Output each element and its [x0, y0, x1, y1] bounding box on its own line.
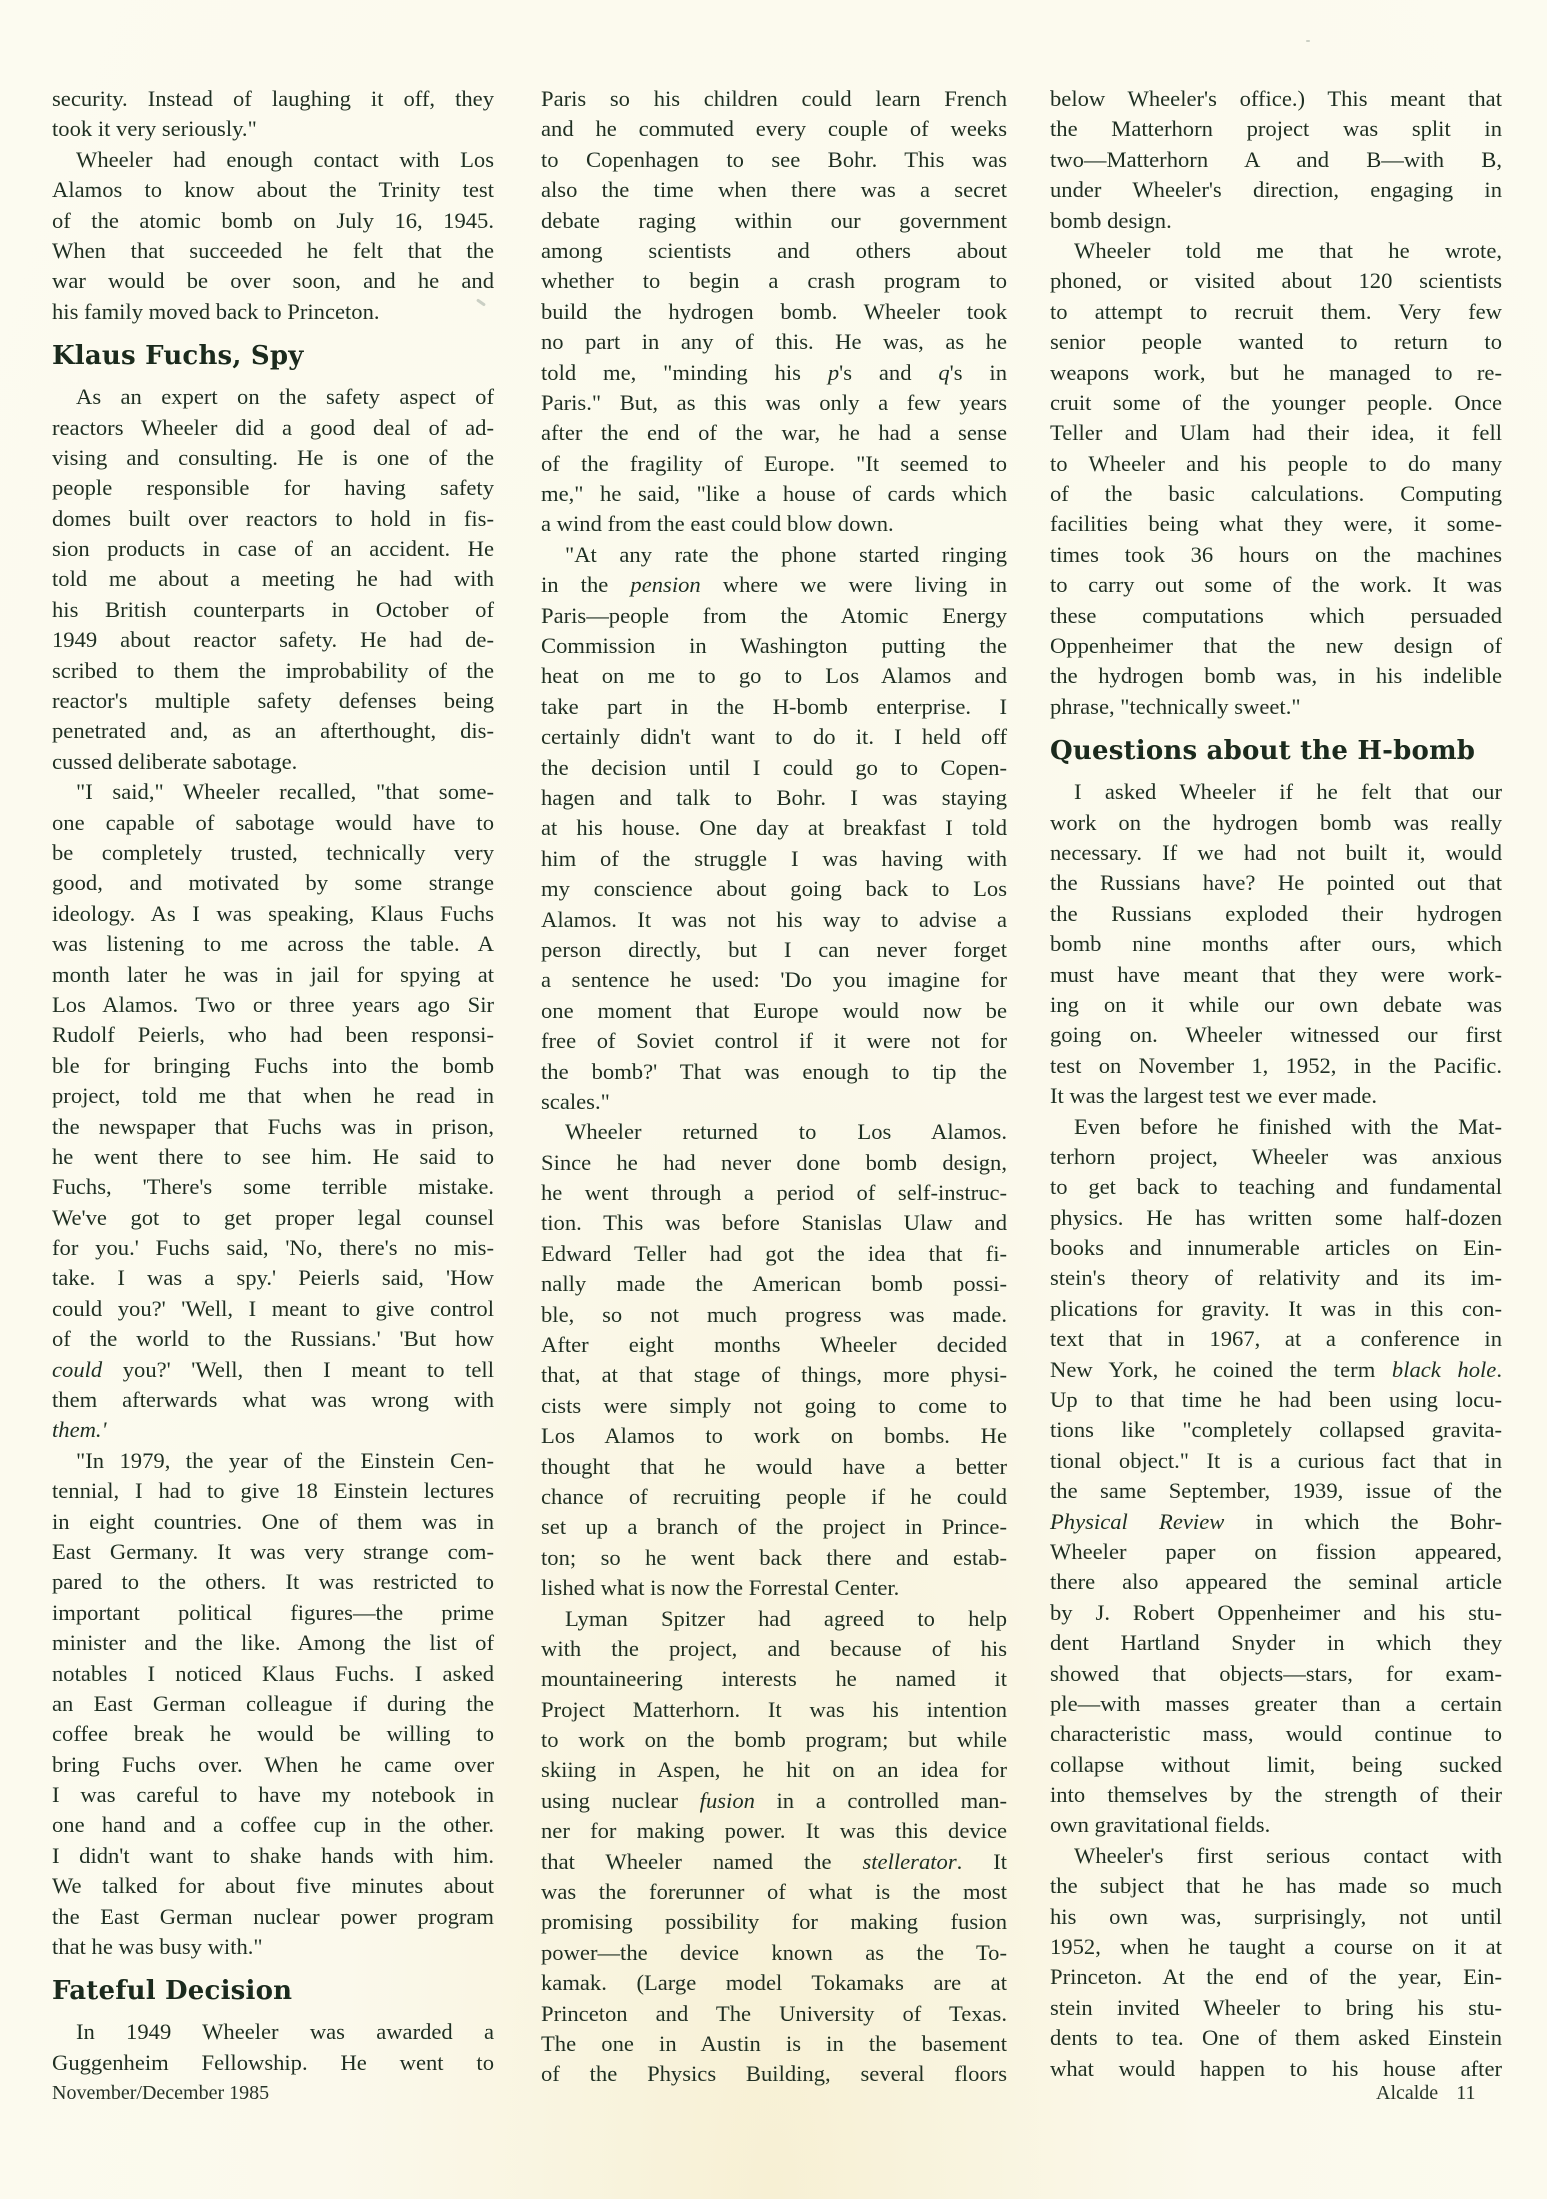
text-run: these computations which persuaded [1050, 603, 1502, 628]
magazine-page: security. Instead of laughing it off, th… [0, 0, 1547, 2199]
text-line: plications for gravity. It was in this c… [1050, 1294, 1502, 1324]
text-run: after the end of the war, he had a sense [541, 420, 1007, 445]
text-line: We talked for about five minutes about [52, 1871, 494, 1901]
text-line: also the time when there was a secret [541, 175, 1007, 205]
text-run: tennial, I had to give 18 Einstein lectu… [52, 1478, 494, 1503]
text-line: sion products in case of an accident. He [52, 534, 494, 564]
text-run: bomb design. [1050, 208, 1172, 233]
text-run: good, and motivated by some strange [52, 870, 494, 895]
text-run: "In 1979, the year of the Einstein Cen- [76, 1448, 494, 1473]
text-run: him of the struggle I was having with [541, 846, 1007, 871]
italic-text: them.' [52, 1417, 106, 1442]
text-run: tional object." It is a curious fact tha… [1050, 1448, 1502, 1473]
text-run: person directly, but I can never forget [541, 937, 1007, 962]
text-line: hagen and talk to Bohr. I was staying [541, 783, 1007, 813]
text-line: phrase, "technically sweet." [1050, 692, 1502, 722]
text-line: times took 36 hours on the machines [1050, 540, 1502, 570]
text-run: of the world to the Russians.' 'But how [52, 1326, 494, 1351]
text-run: tion. This was before Stanislas Ulaw and [541, 1210, 1007, 1235]
text-column-3: below Wheeler's office.) This meant that… [1050, 84, 1502, 2084]
text-run: that Wheeler named the [541, 1849, 862, 1874]
text-run: Teller and Ulam had their idea, it fell [1050, 420, 1502, 445]
text-line: project, told me that when he read in [52, 1081, 494, 1111]
text-run: ble, so not much progress was made. [541, 1302, 1007, 1327]
text-line: one hand and a coffee cup in the other. [52, 1810, 494, 1840]
text-line: people responsible for having safety [52, 473, 494, 503]
text-run: month later he was in jail for spying at [52, 962, 494, 987]
text-run: Princeton and The University of Texas. [541, 2001, 1007, 2026]
text-line: scribed to them the improbability of the [52, 656, 494, 686]
text-line: Wheeler's first serious contact with [1050, 1841, 1502, 1871]
text-run: As an expert on the safety aspect of [76, 384, 494, 409]
text-run: to get back to teaching and fundamental [1050, 1174, 1502, 1199]
text-run: ble for bringing Fuchs into the bomb [52, 1053, 494, 1078]
text-run: to carry out some of the work. It was [1050, 572, 1502, 597]
text-run: test on November 1, 1952, in the Pacific… [1050, 1053, 1502, 1078]
text-line: below Wheeler's office.) This meant that [1050, 84, 1502, 114]
text-line: build the hydrogen bomb. Wheeler took [541, 297, 1007, 327]
text-run: characteristic mass, would continue to [1050, 1721, 1502, 1746]
text-run: Alamos to know about the Trinity test [52, 177, 494, 202]
text-line: important political figures—the prime [52, 1598, 494, 1628]
text-run: in which the Bohr- [1224, 1509, 1502, 1534]
italic-text: q [938, 360, 949, 385]
text-line: I asked Wheeler if he felt that our [1050, 777, 1502, 807]
text-run: for you.' Fuchs said, 'No, there's no mi… [52, 1235, 494, 1260]
text-run: under Wheeler's direction, engaging in [1050, 177, 1502, 202]
text-line: ble, so not much progress was made. [541, 1300, 1007, 1330]
text-run: necessary. If we had not built it, would [1050, 840, 1502, 865]
text-run: vising and consulting. He is one of the [52, 445, 494, 470]
text-run: reactors Wheeler did a good deal of ad- [52, 415, 494, 440]
text-line: the Russians have? He pointed out that [1050, 868, 1502, 898]
text-line: ner for making power. It was this device [541, 1816, 1007, 1846]
text-run: Alamos. It was not his way to advise a [541, 907, 1007, 932]
text-run: in a controlled man- [755, 1788, 1007, 1813]
text-run: his own was, surprisingly, not until [1050, 1904, 1502, 1929]
text-run: Wheeler's first serious contact with [1074, 1843, 1502, 1868]
text-run: showed that objects—stars, for exam- [1050, 1661, 1502, 1686]
text-line: to attempt to recruit them. Very few [1050, 297, 1502, 327]
text-line: dent Hartland Snyder in which they [1050, 1628, 1502, 1658]
text-run: to Wheeler and his people to do many [1050, 451, 1502, 476]
text-run: ton; so he went back there and estab- [541, 1545, 1007, 1570]
text-run: facilities being what they were, it some… [1050, 511, 1502, 536]
text-line: to carry out some of the work. It was [1050, 570, 1502, 600]
text-run: In 1949 Wheeler was awarded a [76, 2019, 494, 2044]
text-run: It was the largest test we ever made. [1050, 1083, 1377, 1108]
text-run: Rudolf Peierls, who had been responsi- [52, 1022, 494, 1047]
text-run: going on. Wheeler witnessed our first [1050, 1022, 1502, 1047]
text-run: coffee break he would be willing to [52, 1721, 494, 1746]
text-line: certainly didn't want to do it. I held o… [541, 722, 1007, 752]
text-run: to attempt to recruit them. Very few [1050, 299, 1502, 324]
text-run: must have meant that they were work- [1050, 962, 1502, 987]
text-line: Up to that time he had been using locu- [1050, 1385, 1502, 1415]
text-run: mountaineering interests he named it [541, 1666, 1007, 1691]
text-run: be completely trusted, technically very [52, 840, 494, 865]
text-line: The one in Austin is in the basement [541, 2029, 1007, 2059]
paragraph: Even before he finished with the Mat-ter… [1050, 1112, 1502, 1841]
text-line: could you?' 'Well, then I meant to tell [52, 1355, 494, 1385]
text-line: power—the device known as the To- [541, 1938, 1007, 1968]
text-run: domes built over reactors to hold in fis… [52, 506, 494, 531]
text-line: the Russians exploded their hydrogen [1050, 899, 1502, 929]
italic-text: pension [630, 572, 700, 597]
text-column-2: Paris so his children could learn French… [541, 84, 1007, 2090]
section-heading: Questions about the H-bomb [1050, 736, 1502, 766]
text-run: cussed deliberate sabotage. [52, 749, 297, 774]
text-run: what would happen to his house after [1050, 2056, 1502, 2081]
text-line: As an expert on the safety aspect of [52, 382, 494, 412]
text-line: thought that he would have a better [541, 1452, 1007, 1482]
text-line: of the world to the Russians.' 'But how [52, 1324, 494, 1354]
text-line: cruit some of the younger people. Once [1050, 388, 1502, 418]
text-line: own gravitational fields. [1050, 1810, 1502, 1840]
text-line: When that succeeded he felt that the [52, 236, 494, 266]
text-run: Oppenheimer that the new design of [1050, 633, 1502, 658]
text-line: good, and motivated by some strange [52, 868, 494, 898]
text-line: his British counterparts in October of [52, 595, 494, 625]
text-line: bomb nine months after ours, which [1050, 929, 1502, 959]
text-run: . [1496, 1357, 1502, 1382]
text-line: Alamos to know about the Trinity test [52, 175, 494, 205]
text-line: what would happen to his house after [1050, 2054, 1502, 2084]
text-line: Edward Teller had got the idea that fi- [541, 1239, 1007, 1269]
text-line: I was careful to have my notebook in [52, 1780, 494, 1810]
text-run: 's and [839, 360, 938, 385]
text-run: certainly didn't want to do it. I held o… [541, 724, 1007, 749]
paragraph: Wheeler's first serious contact withthe … [1050, 1841, 1502, 2084]
text-line: no part in any of this. He was, as he [541, 327, 1007, 357]
text-run: the newspaper that Fuchs was in prison, [52, 1114, 494, 1139]
text-line: me," he said, "like a house of cards whi… [541, 479, 1007, 509]
text-run: When that succeeded he felt that the [52, 238, 494, 263]
text-line: tion. This was before Stanislas Ulaw and [541, 1208, 1007, 1238]
text-line: them afterwards what was wrong with [52, 1385, 494, 1415]
text-line: could you?' 'Well, I meant to give contr… [52, 1294, 494, 1324]
text-run: Los Alamos. Two or three years ago Sir [52, 992, 494, 1017]
text-run: of the basic calculations. Computing [1050, 481, 1502, 506]
text-line: stein invited Wheeler to bring his stu- [1050, 1993, 1502, 2023]
text-line: test on November 1, 1952, in the Pacific… [1050, 1051, 1502, 1081]
text-run: I didn't want to shake hands with him. [52, 1843, 494, 1868]
text-run: Paris—people from the Atomic Energy [541, 603, 1007, 628]
section-heading: Klaus Fuchs, Spy [52, 341, 494, 371]
text-line: Alamos. It was not his way to advise a [541, 905, 1007, 935]
text-line: to get back to teaching and fundamental [1050, 1172, 1502, 1202]
text-line: collapse without limit, being sucked [1050, 1750, 1502, 1780]
text-run: one hand and a coffee cup in the other. [52, 1812, 494, 1837]
text-line: the subject that he has made so much [1050, 1871, 1502, 1901]
text-line: must have meant that they were work- [1050, 960, 1502, 990]
text-run: take part in the H-bomb enterprise. I [541, 694, 1007, 719]
text-run: them afterwards what was wrong with [52, 1387, 494, 1412]
text-line: the Matterhorn project was split in [1050, 114, 1502, 144]
text-line: Oppenheimer that the new design of [1050, 631, 1502, 661]
paragraph: Wheeler told me that he wrote,phoned, or… [1050, 236, 1502, 722]
paragraph: Wheeler had enough contact with LosAlamo… [52, 145, 494, 327]
text-run: chance of recruiting people if he could [541, 1484, 1007, 1509]
text-line: with the project, and because of his [541, 1634, 1007, 1664]
text-line: to Copenhagen to see Bohr. This was [541, 145, 1007, 175]
text-run: in eight countries. One of them was in [52, 1509, 494, 1534]
text-run: of the atomic bomb on July 16, 1945. [52, 208, 494, 233]
text-line: of the Physics Building, several floors [541, 2059, 1007, 2089]
text-run: the Russians have? He pointed out that [1050, 870, 1502, 895]
text-run: I was careful to have my notebook in [52, 1782, 494, 1807]
text-run: build the hydrogen bomb. Wheeler took [541, 299, 1007, 324]
text-line: characteristic mass, would continue to [1050, 1719, 1502, 1749]
text-run: the subject that he has made so much [1050, 1873, 1502, 1898]
text-run: his British counterparts in October of [52, 597, 494, 622]
text-run: bomb nine months after ours, which [1050, 931, 1502, 956]
text-line: Los Alamos. Two or three years ago Sir [52, 990, 494, 1020]
text-run: Wheeler returned to Los Alamos. [565, 1119, 1007, 1144]
text-run: my conscience about going back to Los [541, 876, 1007, 901]
text-run: he went there to see him. He said to [52, 1144, 494, 1169]
text-run: kamak. (Large model Tokamaks are at [541, 1970, 1007, 1995]
text-line: Guggenheim Fellowship. He went to [52, 2048, 494, 2078]
text-run: Princeton. At the end of the year, Ein- [1050, 1964, 1502, 1989]
text-run: project, told me that when he read in [52, 1083, 494, 1108]
paragraph: As an expert on the safety aspect ofreac… [52, 382, 494, 777]
text-run: dent Hartland Snyder in which they [1050, 1630, 1502, 1655]
text-run: thought that he would have a better [541, 1454, 1007, 1479]
text-run: minister and the like. Among the list of [52, 1630, 494, 1655]
text-run: important political figures—the prime [52, 1600, 494, 1625]
text-line: East Germany. It was very strange com- [52, 1537, 494, 1567]
text-line: Paris—people from the Atomic Energy [541, 601, 1007, 631]
text-run: reactor's multiple safety defenses being [52, 688, 494, 713]
text-run: phoned, or visited about 120 scientists [1050, 268, 1502, 293]
text-line: In 1949 Wheeler was awarded a [52, 2017, 494, 2047]
text-run: promising possibility for making fusion [541, 1909, 1007, 1934]
page-number: 11 [1456, 2082, 1475, 2104]
text-line: cists were simply not going to come to [541, 1391, 1007, 1421]
text-line: weapons work, but he managed to re- [1050, 358, 1502, 388]
paragraph: Wheeler returned to Los Alamos.Since he … [541, 1117, 1007, 1603]
text-line: reactor's multiple safety defenses being [52, 686, 494, 716]
text-line: kamak. (Large model Tokamaks are at [541, 1968, 1007, 1998]
text-run: Los Alamos to work on bombs. He [541, 1423, 1007, 1448]
text-line: he went through a period of self-instruc… [541, 1178, 1007, 1208]
text-run: debate raging within our government [541, 208, 1007, 233]
text-run: Up to that time he had been using locu- [1050, 1387, 1502, 1412]
text-run: Wheeler paper on fission appeared, [1050, 1539, 1502, 1564]
text-run: Since he had never done bomb design, [541, 1150, 1007, 1175]
text-line: the decision until I could go to Copen- [541, 753, 1007, 783]
text-line: ble for bringing Fuchs into the bomb [52, 1051, 494, 1081]
text-line: scales." [541, 1087, 1007, 1117]
text-run: no part in any of this. He was, as he [541, 329, 1007, 354]
italic-text: fusion [700, 1788, 755, 1813]
text-line: set up a branch of the project in Prince… [541, 1512, 1007, 1542]
text-line: whether to begin a crash program to [541, 266, 1007, 296]
text-line: cussed deliberate sabotage. [52, 747, 494, 777]
text-line: Teller and Ulam had their idea, it fell [1050, 418, 1502, 448]
text-run: 1949 about reactor safety. He had de- [52, 627, 494, 652]
text-line: reactors Wheeler did a good deal of ad- [52, 413, 494, 443]
text-run: into themselves by the strength of their [1050, 1782, 1502, 1807]
text-line: he went there to see him. He said to [52, 1142, 494, 1172]
text-run: senior people wanted to return to [1050, 329, 1502, 354]
text-line: of the basic calculations. Computing [1050, 479, 1502, 509]
text-line: two—Matterhorn A and B—with B, [1050, 145, 1502, 175]
text-run: people responsible for having safety [52, 475, 494, 500]
text-line: war would be over soon, and he and [52, 266, 494, 296]
text-run: one moment that Europe would now be [541, 998, 1007, 1023]
text-run: Paris so his children could learn French [541, 86, 1007, 111]
paragraph: "At any rate the phone started ringingin… [541, 540, 1007, 1117]
text-run: We talked for about five minutes about [52, 1873, 494, 1898]
text-run: Even before he finished with the Mat- [1074, 1114, 1502, 1139]
text-run: and he commuted every couple of weeks [541, 116, 1007, 141]
text-run: Commission in Washington putting the [541, 633, 1007, 658]
text-run: the decision until I could go to Copen- [541, 755, 1007, 780]
text-run: one capable of sabotage would have to [52, 810, 494, 835]
text-line: necessary. If we had not built it, would [1050, 838, 1502, 868]
text-run: also the time when there was a secret [541, 177, 1007, 202]
text-line: month later he was in jail for spying at [52, 960, 494, 990]
paragraph: security. Instead of laughing it off, th… [52, 84, 494, 145]
text-line: After eight months Wheeler decided [541, 1330, 1007, 1360]
text-line: ing on it while our own debate was [1050, 990, 1502, 1020]
text-run: a sentence he used: 'Do you imagine for [541, 967, 1007, 992]
text-run: phrase, "technically sweet." [1050, 694, 1301, 719]
text-run: took it very seriously." [52, 116, 257, 141]
text-run: dents to tea. One of them asked Einstein [1050, 2025, 1502, 2050]
text-line: in eight countries. One of them was in [52, 1507, 494, 1537]
text-line: Wheeler returned to Los Alamos. [541, 1117, 1007, 1147]
text-run: After eight months Wheeler decided [541, 1332, 1007, 1357]
text-line: Paris." But, as this was only a few year… [541, 388, 1007, 418]
text-line: tions like "completely collapsed gravita… [1050, 1415, 1502, 1445]
text-line: be completely trusted, technically very [52, 838, 494, 868]
print-blemish [1306, 40, 1310, 42]
text-run: there also appeared the seminal article [1050, 1569, 1502, 1594]
text-line: debate raging within our government [541, 206, 1007, 236]
publication-name: Alcalde [1376, 2082, 1438, 2104]
text-run: the bomb?' That was enough to tip the [541, 1059, 1007, 1084]
paragraph: Paris so his children could learn French… [541, 84, 1007, 540]
text-line: the hydrogen bomb was, in his indelible [1050, 661, 1502, 691]
text-line: skiing in Aspen, he hit on an idea for [541, 1755, 1007, 1785]
text-run: war would be over soon, and he and [52, 268, 494, 293]
text-run: told me about a meeting he had with [52, 566, 494, 591]
text-line: heat on me to go to Los Alamos and [541, 661, 1007, 691]
italic-text: p [828, 360, 839, 385]
text-run: lished what is now the Forrestal Center. [541, 1575, 899, 1600]
italic-text: stellerator [862, 1849, 956, 1874]
text-run: free of Soviet control if it were not fo… [541, 1028, 1007, 1053]
text-run: whether to begin a crash program to [541, 268, 1007, 293]
text-run: own gravitational fields. [1050, 1812, 1270, 1837]
text-line: domes built over reactors to hold in fis… [52, 504, 494, 534]
text-run: you?' 'Well, then I meant to tell [102, 1357, 494, 1382]
text-run: text that in 1967, at a conference in [1050, 1326, 1502, 1351]
text-line: one capable of sabotage would have to [52, 808, 494, 838]
text-line: We've got to get proper legal counsel [52, 1203, 494, 1233]
text-line: to work on the bomb program; but while [541, 1725, 1007, 1755]
text-line: Wheeler told me that he wrote, [1050, 236, 1502, 266]
text-line: It was the largest test we ever made. [1050, 1081, 1502, 1111]
text-line: to Wheeler and his people to do many [1050, 449, 1502, 479]
text-line: senior people wanted to return to [1050, 327, 1502, 357]
text-run: hagen and talk to Bohr. I was staying [541, 785, 1007, 810]
italic-text: could [52, 1357, 102, 1382]
text-line: penetrated and, as an afterthought, dis- [52, 716, 494, 746]
text-run: 's in [950, 360, 1007, 385]
text-run: We've got to get proper legal counsel [52, 1205, 494, 1230]
text-line: notables I noticed Klaus Fuchs. I asked [52, 1659, 494, 1689]
text-line: bomb design. [1050, 206, 1502, 236]
text-line: told me, "minding his p's and q's in [541, 358, 1007, 388]
text-line: minister and the like. Among the list of [52, 1628, 494, 1658]
text-line: my conscience about going back to Los [541, 874, 1007, 904]
text-line: security. Instead of laughing it off, th… [52, 84, 494, 114]
paragraph: Lyman Spitzer had agreed to helpwith the… [541, 1604, 1007, 2090]
text-line: tional object." It is a curious fact tha… [1050, 1446, 1502, 1476]
paragraph: "In 1979, the year of the Einstein Cen-t… [52, 1446, 494, 1963]
text-run: times took 36 hours on the machines [1050, 542, 1502, 567]
text-line: took it very seriously." [52, 114, 494, 144]
text-line: New York, he coined the term black hole. [1050, 1355, 1502, 1385]
text-run: . It [957, 1849, 1007, 1874]
text-line: Even before he finished with the Mat- [1050, 1112, 1502, 1142]
text-run: physics. He has written some half-dozen [1050, 1205, 1502, 1230]
text-run: an East German colleague if during the [52, 1691, 494, 1716]
text-line: Since he had never done bomb design, [541, 1148, 1007, 1178]
text-line: the same September, 1939, issue of the [1050, 1476, 1502, 1506]
text-line: work on the hydrogen bomb was really [1050, 808, 1502, 838]
text-line: dents to tea. One of them asked Einstein [1050, 2023, 1502, 2053]
text-run: "At any rate the phone started ringing [565, 542, 1007, 567]
text-line: promising possibility for making fusion [541, 1907, 1007, 1937]
text-line: nally made the American bomb possi- [541, 1269, 1007, 1299]
text-line: 1952, when he taught a course on it at [1050, 1932, 1502, 1962]
text-line: facilities being what they were, it some… [1050, 509, 1502, 539]
text-line: "In 1979, the year of the Einstein Cen- [52, 1446, 494, 1476]
issue-date-footer: November/December 1985 [52, 2082, 269, 2105]
text-line: his family moved back to Princeton. [52, 297, 494, 327]
text-line: by J. Robert Oppenheimer and his stu- [1050, 1598, 1502, 1628]
text-run: heat on me to go to Los Alamos and [541, 663, 1007, 688]
page-folio: Alcalde11 [1376, 2082, 1475, 2105]
text-line: coffee break he would be willing to [52, 1719, 494, 1749]
text-line: I didn't want to shake hands with him. [52, 1841, 494, 1871]
text-run: by J. Robert Oppenheimer and his stu- [1050, 1600, 1502, 1625]
text-line: pared to the others. It was restricted t… [52, 1567, 494, 1597]
text-line: told me about a meeting he had with [52, 564, 494, 594]
text-line: lished what is now the Forrestal Center. [541, 1573, 1007, 1603]
text-run: me," he said, "like a house of cards whi… [541, 481, 1007, 506]
text-line: physics. He has written some half-dozen [1050, 1203, 1502, 1233]
text-line: Project Matterhorn. It was his intention [541, 1695, 1007, 1725]
paragraph: below Wheeler's office.) This meant that… [1050, 84, 1502, 236]
text-run: cists were simply not going to come to [541, 1393, 1007, 1418]
text-line: that he was busy with." [52, 1932, 494, 1962]
text-run: the Matterhorn project was split in [1050, 116, 1502, 141]
text-line: Princeton. At the end of the year, Ein- [1050, 1962, 1502, 1992]
text-line: Physical Review in which the Bohr- [1050, 1507, 1502, 1537]
text-run: that, at that stage of things, more phys… [541, 1362, 1007, 1387]
text-line: Commission in Washington putting the [541, 631, 1007, 661]
text-line: showed that objects—stars, for exam- [1050, 1659, 1502, 1689]
text-line: an East German colleague if during the [52, 1689, 494, 1719]
text-run: to work on the bomb program; but while [541, 1727, 1007, 1752]
text-line: them.' [52, 1415, 494, 1445]
